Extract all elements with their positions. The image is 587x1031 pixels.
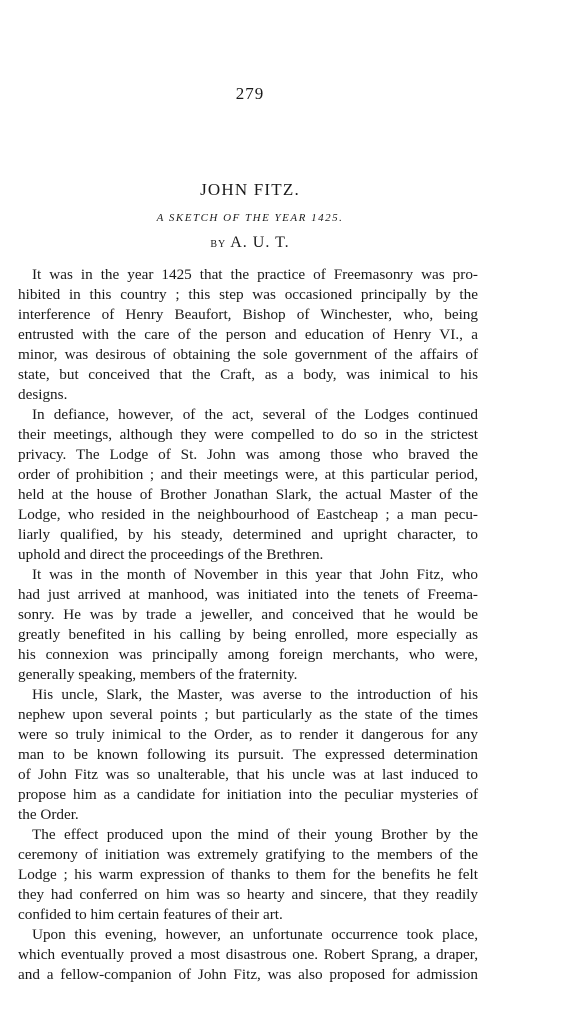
text-line: Lodge ; his warm expression of thanks to… (18, 865, 478, 885)
byline-prefix: BY (210, 239, 226, 250)
text-line: minor, was desirous of obtaining the sol… (18, 345, 478, 365)
text-line: privacy. The Lodge of St. John was among… (18, 445, 478, 465)
text-line: nephew upon several points ; but particu… (18, 705, 478, 725)
text-line: held at the house of Brother Jonathan Sl… (18, 485, 478, 505)
text-line: man to be known following its pursuit. T… (18, 745, 478, 765)
text-line: His uncle, Slark, the Master, was averse… (18, 685, 478, 705)
paragraph: His uncle, Slark, the Master, was averse… (18, 685, 478, 825)
text-line: his connexion was principally among fore… (18, 645, 478, 665)
text-line: Lodge, who resided in the neighbourhood … (18, 505, 478, 525)
paragraph: The effect produced upon the mind of the… (18, 825, 478, 925)
byline-author: A. U. T. (230, 234, 289, 251)
text-line: order of prohibition ; and their meeting… (18, 465, 478, 485)
text-line: entrusted with the care of the person an… (18, 325, 478, 345)
text-line: liarly qualified, by his steady, determi… (18, 525, 478, 545)
text-line: the Order. (18, 805, 478, 825)
text-line: of John Fitz was so unalterable, that hi… (18, 765, 478, 785)
text-line: they had conferred on him was so hearty … (18, 885, 478, 905)
text-line: interference of Henry Beaufort, Bishop o… (18, 305, 478, 325)
text-line: Upon this evening, however, an unfortuna… (18, 925, 478, 945)
text-line: sonry. He was by trade a jeweller, and c… (18, 605, 478, 625)
text-line: had just arrived at manhood, was initiat… (18, 585, 478, 605)
paragraph: Upon this evening, however, an unfortuna… (18, 925, 478, 985)
text-line: greatly benefited in his calling by bein… (18, 625, 478, 645)
text-line: uphold and direct the proceedings of the… (18, 545, 478, 565)
paragraph: In defiance, however, of the act, severa… (18, 405, 478, 565)
paragraph: It was in the year 1425 that the practic… (18, 265, 478, 405)
text-line: hibited in this country ; this step was … (18, 285, 478, 305)
text-line: ceremony of initiation was extremely gra… (18, 845, 478, 865)
text-line: were so truly inimical to the Order, as … (18, 725, 478, 745)
text-line: It was in the month of November in this … (18, 565, 478, 585)
text-line: propose him as a candidate for initiatio… (18, 785, 478, 805)
byline: BYA. U. T. (0, 234, 500, 252)
text-line: designs. (18, 385, 478, 405)
text-line: The effect produced upon the mind of the… (18, 825, 478, 845)
text-line: generally speaking, members of the frate… (18, 665, 478, 685)
text-line: and a fellow-companion of John Fitz, was… (18, 965, 478, 985)
text-line: which eventually proved a most disastrou… (18, 945, 478, 965)
paragraph: It was in the month of November in this … (18, 565, 478, 685)
page-number: 279 (0, 84, 500, 104)
article-subtitle: A Sketch of the Year 1425. (0, 212, 500, 224)
text-line: confided to him certain features of thei… (18, 905, 478, 925)
text-line: In defiance, however, of the act, severa… (18, 405, 478, 425)
text-line: state, but conceived that the Craft, as … (18, 365, 478, 385)
article-title: JOHN FITZ. (0, 180, 500, 200)
text-line: It was in the year 1425 that the practic… (18, 265, 478, 285)
article-body: It was in the year 1425 that the practic… (18, 265, 478, 985)
text-line: their meetings, although they were compe… (18, 425, 478, 445)
